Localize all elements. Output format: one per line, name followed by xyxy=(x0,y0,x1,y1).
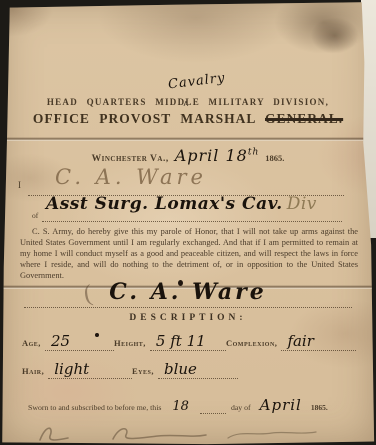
attestation-day-handwritten: 18 xyxy=(166,399,195,414)
scanned-parole-document: Cavalry ^ HEAD QUARTERS MIDDLE MILITARY … xyxy=(0,0,376,445)
complexion-label: Complexion, xyxy=(226,338,277,348)
attestation-year: 1865. xyxy=(311,403,328,412)
cut-off-officer-signature-strokes xyxy=(28,420,328,444)
height-label: Height, xyxy=(114,338,146,348)
attestation-day-of-label: day of xyxy=(231,403,251,412)
attestation-dotted-spacer xyxy=(200,413,226,414)
field-eyes: Eyes, blue xyxy=(132,362,238,379)
fold-crease-top xyxy=(0,137,376,141)
eyes-value-handwritten: blue xyxy=(158,362,238,379)
description-row-2: Hair, light Eyes, blue xyxy=(22,362,238,379)
parole-paper: Cavalry ^ HEAD QUARTERS MIDDLE MILITARY … xyxy=(0,0,376,445)
hair-label: Hair, xyxy=(22,366,44,376)
handwritten-unit-faint: Div xyxy=(287,194,317,214)
header-line-office: OFFICE PROVOST MARSHAL GENERAL. xyxy=(0,111,376,127)
description-heading: DESCRIPTION: xyxy=(0,313,376,323)
attestation-line: Sworn to and subscribed to before me, th… xyxy=(28,396,362,414)
unit-dotted-line xyxy=(42,221,342,222)
signature-dotted-line xyxy=(24,307,352,308)
hair-value-handwritten: light xyxy=(48,362,132,379)
attestation-month-handwritten: April xyxy=(256,396,306,414)
field-age: Age, 25 xyxy=(22,334,114,351)
dateline-place: Winchester Va., xyxy=(92,154,169,164)
age-value-handwritten: 25 xyxy=(45,334,114,351)
dateline-handwritten-date: April 18th xyxy=(175,146,260,165)
handwritten-unit: Asst Surg. Lomax's Cav.Div xyxy=(46,194,317,214)
description-row-1: Age, 25 Height, 5 ft 11 Complexion, fair xyxy=(22,334,356,351)
handwritten-signature: C. A. Ware xyxy=(0,279,376,305)
printed-pronoun-i: I xyxy=(18,180,21,190)
handwritten-name: C. A. Ware xyxy=(55,165,207,189)
complexion-value-handwritten: fair xyxy=(281,334,356,351)
header-office-prefix: OFFICE PROVOST MARSHAL xyxy=(33,111,256,126)
header-general-struck-out: GENERAL. xyxy=(265,111,343,126)
handwritten-cavalry-insertion: Cavalry xyxy=(167,71,226,93)
eyes-label: Eyes, xyxy=(132,366,154,376)
attestation-prefix: Sworn to and subscribed to before me, th… xyxy=(28,403,161,412)
field-complexion: Complexion, fair xyxy=(226,334,356,351)
dateline: Winchester Va., April 18th 1865. xyxy=(0,146,376,165)
field-height: Height, 5 ft 11 xyxy=(114,334,226,351)
dateline-year: 1865. xyxy=(265,153,284,163)
header-line-division: HEAD QUARTERS MIDDLE MILITARY DIVISION, xyxy=(0,97,376,107)
field-hair: Hair, light xyxy=(22,362,132,379)
dateline-date-superscript: th xyxy=(248,148,259,158)
parole-oath-paragraph: C. S. Army, do hereby give this my parol… xyxy=(20,226,358,281)
age-label: Age, xyxy=(22,338,41,348)
printed-of-label: of xyxy=(32,211,38,220)
height-value-handwritten: 5 ft 11 xyxy=(150,334,226,351)
